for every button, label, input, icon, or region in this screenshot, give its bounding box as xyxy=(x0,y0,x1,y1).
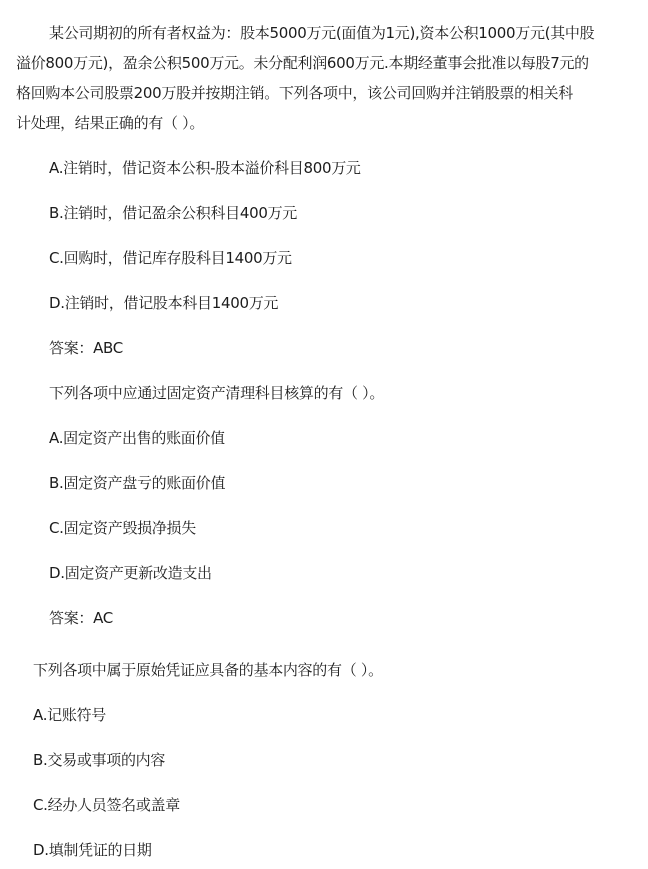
question-1-stem-line-1: 某公司期初的所有者权益为：股本5000万元(面值为1元),资本公积1000万元(… xyxy=(49,23,594,43)
question-1-stem-line-4: 计处理，结果正确的有（ ）。 xyxy=(16,113,204,133)
question-2-option-a: A.固定资产出售的账面价值 xyxy=(49,428,225,448)
question-1-answer: 答案：ABC xyxy=(49,338,123,358)
question-3-option-b: B.交易或事项的内容 xyxy=(33,750,165,770)
question-1-option-d: D.注销时，借记股本科目1400万元 xyxy=(49,293,278,313)
question-2-option-c: C.固定资产毁损净损失 xyxy=(49,518,196,538)
question-1-stem-line-3: 格回购本公司股票200万股并按期注销。下列各项中，该公司回购并注销股票的相关科 xyxy=(16,83,573,103)
question-2-stem: 下列各项中应通过固定资产清理科目核算的有（ ）。 xyxy=(49,383,384,403)
question-1-option-b: B.注销时，借记盈余公积科目400万元 xyxy=(49,203,297,223)
question-1-option-a: A.注销时，借记资本公积-股本溢价科目800万元 xyxy=(49,158,361,178)
question-2-answer: 答案：AC xyxy=(49,608,113,628)
question-1-stem-line-2: 溢价800万元)，盈余公积500万元。未分配利润600万元.本期经董事会批准以每… xyxy=(16,53,589,73)
document-page: 某公司期初的所有者权益为：股本5000万元(面值为1元),资本公积1000万元(… xyxy=(0,0,648,869)
question-2-option-b: B.固定资产盘亏的账面价值 xyxy=(49,473,225,493)
question-1-option-c: C.回购时，借记库存股科目1400万元 xyxy=(49,248,292,268)
question-3-option-c: C.经办人员签名或盖章 xyxy=(33,795,180,815)
question-3-option-a: A.记账符号 xyxy=(33,705,106,725)
question-3-stem: 下列各项中属于原始凭证应具备的基本内容的有（ ）。 xyxy=(33,660,383,680)
question-3-option-d: D.填制凭证的日期 xyxy=(33,840,152,860)
question-2-option-d: D.固定资产更新改造支出 xyxy=(49,563,212,583)
